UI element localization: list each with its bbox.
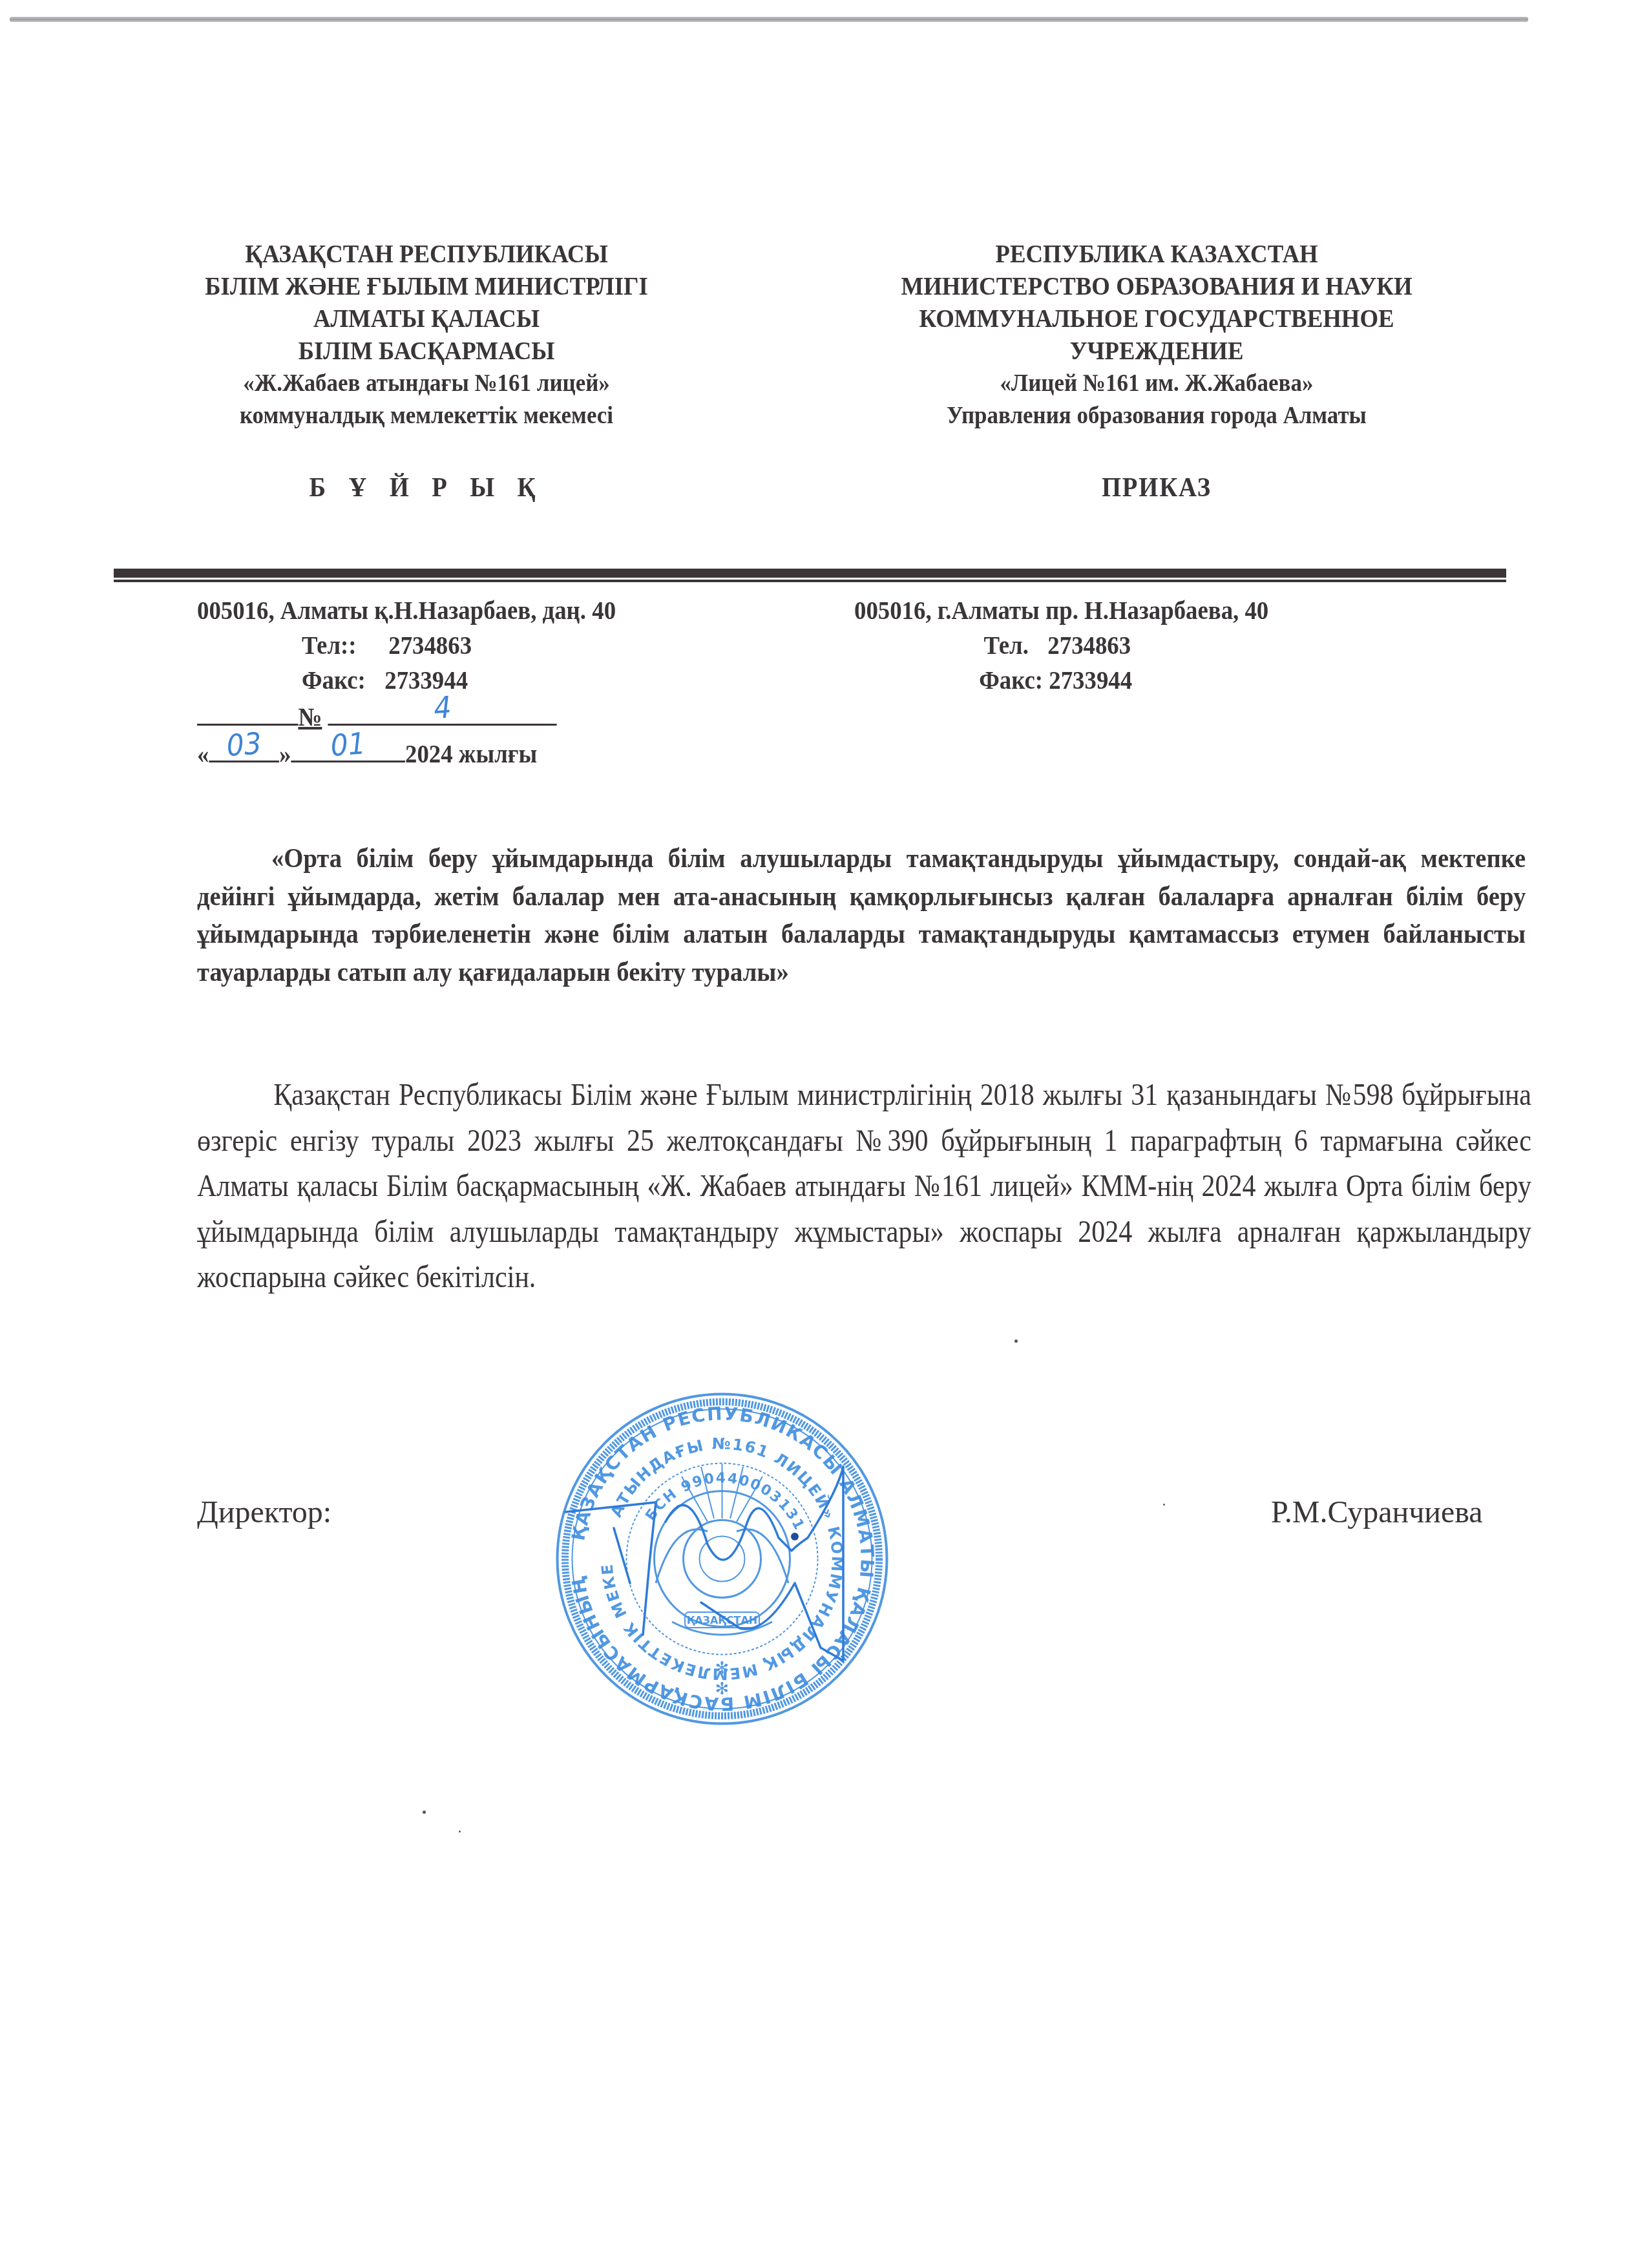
letterhead-line: РЕСПУБЛИКА КАЗАХСТАН [848, 238, 1466, 270]
signer-name: Р.М.Суранчиева [1271, 1495, 1483, 1530]
scan-speck [423, 1811, 426, 1814]
quote-open: « [197, 739, 209, 768]
scan-edge-artifact [10, 17, 1528, 22]
scan-speck [459, 1831, 461, 1832]
letterhead-line: МИНИСТЕРСТВО ОБРАЗОВАНИЯ И НАУКИ [848, 270, 1466, 302]
order-body: Қазақстан Республикасы Білім және Ғылым … [197, 1073, 1531, 1301]
letterhead-line: КОММУНАЛЬНОЕ ГОСУДАРСТВЕННОЕ [848, 302, 1466, 335]
fax-label: Факс: [979, 666, 1043, 695]
handwritten-number: 4 [433, 692, 452, 723]
letterhead-divider-thin [114, 580, 1506, 582]
director-label: Директор: [197, 1495, 331, 1530]
letterhead-russian: РЕСПУБЛИКА КАЗАХСТАН МИНИСТЕРСТВО ОБРАЗО… [848, 238, 1466, 504]
handwritten-day: 03 [226, 728, 262, 761]
date-year: 2024 жылғы [405, 739, 537, 768]
letterhead-kazakh: ҚАЗАҚСТАН РЕСПУБЛИКАСЫ БІЛІМ ЖӘНЕ ҒЫЛЫМ … [138, 238, 715, 504]
doc-type-russian: ПРИКАЗ [848, 472, 1466, 504]
doc-type-kazakh: Б Ұ Й Р Ы Қ [138, 472, 715, 504]
scan-speck [1014, 1339, 1018, 1343]
registration-date-row: «03»012024 жылғы [197, 735, 616, 772]
letterhead-line: БІЛІМ БАСҚАРМАСЫ [138, 335, 715, 367]
letterhead-line: УЧРЕЖДЕНИЕ [848, 335, 1466, 367]
handwritten-month: 01 [330, 728, 366, 761]
date-month-field: 01 [291, 735, 405, 762]
letterhead-line: АЛМАТЫ ҚАЛАСЫ [138, 302, 715, 335]
order-title: «Орта білім беру ұйымдарында білім алушы… [197, 840, 1526, 991]
letterhead-line: БІЛІМ ЖӘНЕ ҒЫЛЫМ МИНИСТРЛІГІ [138, 270, 715, 302]
phone-label: Тел. [984, 631, 1029, 660]
scan-speck [1163, 1504, 1165, 1506]
fax-label: Факс: [302, 666, 366, 695]
date-day-field: 03 [209, 735, 279, 762]
number-sign: № [298, 702, 322, 731]
letterhead-line: коммуналдық мемлекеттік мекемесі [138, 399, 715, 432]
letterhead-line: «Лицей №161 им. Ж.Жабаева» [848, 367, 1466, 399]
letterhead-line: «Ж.Жабаев атындағы №161 лицей» [138, 367, 715, 399]
fax-number: 2733944 [1049, 666, 1132, 695]
stamp-bin-text: БСН 990440003131 [643, 1470, 808, 1533]
svg-text:БСН 990440003131: БСН 990440003131 [643, 1470, 808, 1533]
fax-number: 2733944 [384, 666, 468, 695]
official-stamp-icon: ҚАЗАҚСТАН РЕСПУБЛИКАСЫ АЛМАТЫ ҚАЛАСЫ БІЛ… [552, 1389, 892, 1728]
letterhead-line: ҚАЗАҚСТАН РЕСПУБЛИКАСЫ [138, 238, 715, 270]
address-russian: 005016, г.Алматы пр. Н.Назарбаева, 40 Те… [854, 593, 1268, 698]
letterhead-line: Управления образования города Алматы [848, 399, 1466, 432]
street-address: 005016, Алматы қ.Н.Назарбаев, даң. 40 [197, 593, 616, 628]
quote-close: » [279, 739, 291, 768]
phone-label: Тел:: [302, 631, 357, 660]
registration-number-field: 4 [328, 698, 557, 726]
address-kazakh: 005016, Алматы қ.Н.Назарбаев, даң. 40 Те… [197, 593, 616, 772]
phone-number: 2734863 [1047, 631, 1131, 660]
letterhead-divider-thick [114, 569, 1506, 578]
svg-text:✻: ✻ [715, 1679, 730, 1699]
phone-number: 2734863 [388, 631, 472, 660]
svg-text:✻: ✻ [715, 1659, 730, 1678]
street-address: 005016, г.Алматы пр. Н.Назарбаева, 40 [854, 593, 1268, 628]
